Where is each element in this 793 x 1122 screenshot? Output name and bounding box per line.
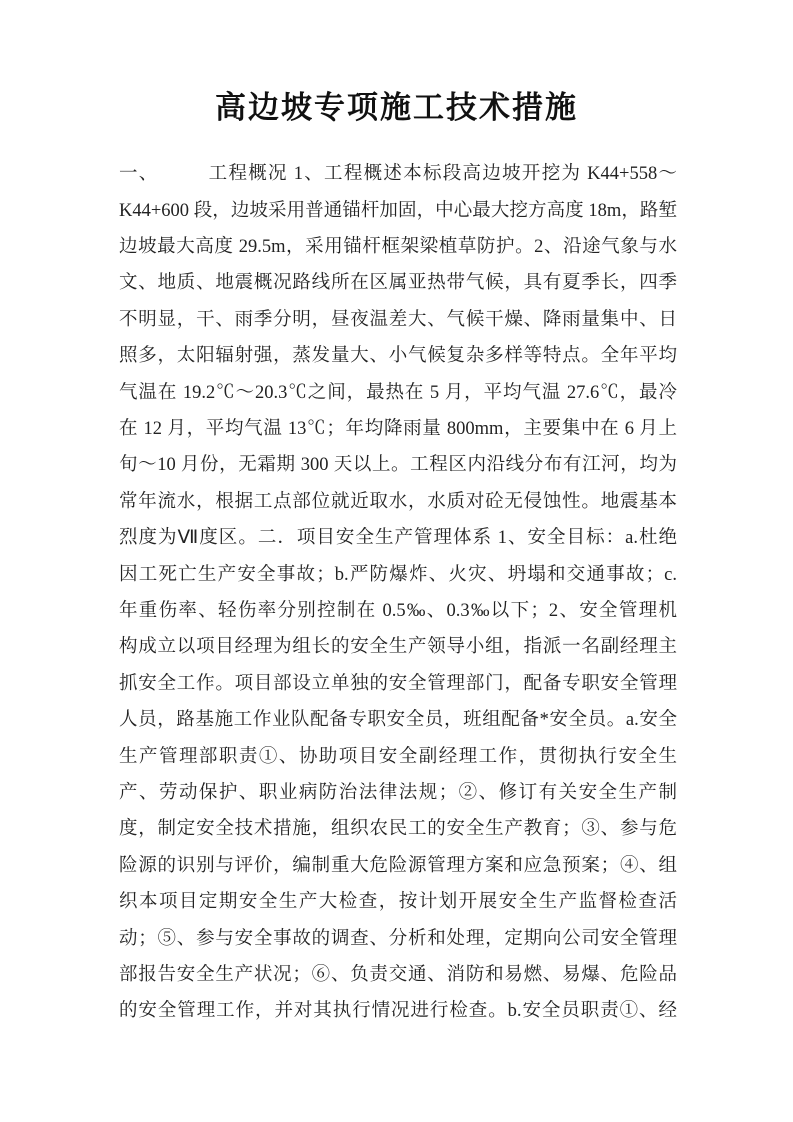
paragraph-line: 构成立以项目经理为组长的安全生产领导小组，指派一名副经理主 [119, 629, 677, 665]
paragraph-line: 常年流水，根据工点部位就近取水，水质对砼无侵蚀性。地震基本 [119, 484, 677, 520]
paragraph-line: 产、劳动保护、职业病防治法律法规；②、修订有关安全生产制 [119, 775, 677, 811]
document-body: 一、 工程概况 1、工程概述本标段高边坡开挖为 K44+558～K44+600 … [119, 156, 677, 1029]
paragraph-line: 在 12 月，平均气温 13℃；年均降雨量 800mm，主要集中在 6 月上 [119, 411, 677, 447]
paragraph-line: 文、地质、地震概况路线所在区属亚热带气候，具有夏季长，四季 [119, 265, 677, 301]
paragraph-line: 织本项目定期安全生产大检查，按计划开展安全生产监督检查活 [119, 884, 677, 920]
document-title: 高边坡专项施工技术措施 [0, 0, 793, 128]
paragraph-line: 年重伤率、轻伤率分别控制在 0.5‰、0.3‰以下；2、安全管理机 [119, 593, 677, 629]
paragraph-line: 旬～10 月份，无霜期 300 天以上。工程区内沿线分布有江河，均为 [119, 447, 677, 483]
paragraph-line: 动；⑤、参与安全事故的调查、分析和处理，定期向公司安全管理 [119, 921, 677, 957]
paragraph-line: 险源的识别与评价，编制重大危险源管理方案和应急预案；④、组 [119, 848, 677, 884]
paragraph-line: 度，制定安全技术措施，组织农民工的安全生产教育；③、参与危 [119, 811, 677, 847]
paragraph-line: K44+600 段，边坡采用普通锚杆加固，中心最大挖方高度 18m，路堑 [119, 193, 677, 229]
paragraph-line: 边坡最大高度 29.5m，采用锚杆框架梁植草防护。2、沿途气象与水 [119, 229, 677, 265]
paragraph-line: 照多，太阳辐射强，蒸发量大、小气候复杂多样等特点。全年平均 [119, 338, 677, 374]
paragraph-line: 烈度为Ⅶ度区。二．项目安全生产管理体系 1、安全目标：a.杜绝 [119, 520, 677, 556]
paragraph-line: 因工死亡生产安全事故；b.严防爆炸、火灾、坍塌和交通事故；c. [119, 557, 677, 593]
paragraph-line: 不明显，干、雨季分明，昼夜温差大、气候干燥、降雨量集中、日 [119, 302, 677, 338]
paragraph-line: 一、 工程概况 1、工程概述本标段高边坡开挖为 K44+558～ [119, 156, 677, 192]
document-page: 高边坡专项施工技术措施 一、 工程概况 1、工程概述本标段高边坡开挖为 K44+… [0, 0, 793, 1122]
paragraph-line: 抓安全工作。项目部设立单独的安全管理部门，配备专职安全管理 [119, 666, 677, 702]
paragraph-line: 部报告安全生产状况；⑥、负责交通、消防和易燃、易爆、危险品 [119, 957, 677, 993]
paragraph-line: 气温在 19.2℃～20.3℃之间，最热在 5 月，平均气温 27.6℃，最冷 [119, 375, 677, 411]
paragraph-line: 的安全管理工作，并对其执行情况进行检查。b.安全员职责①、经 [119, 993, 677, 1029]
paragraph-line: 人员，路基施工作业队配备专职安全员，班组配备*安全员。a.安全 [119, 702, 677, 738]
paragraph-line: 生产管理部职责①、协助项目安全副经理工作，贯彻执行安全生 [119, 739, 677, 775]
